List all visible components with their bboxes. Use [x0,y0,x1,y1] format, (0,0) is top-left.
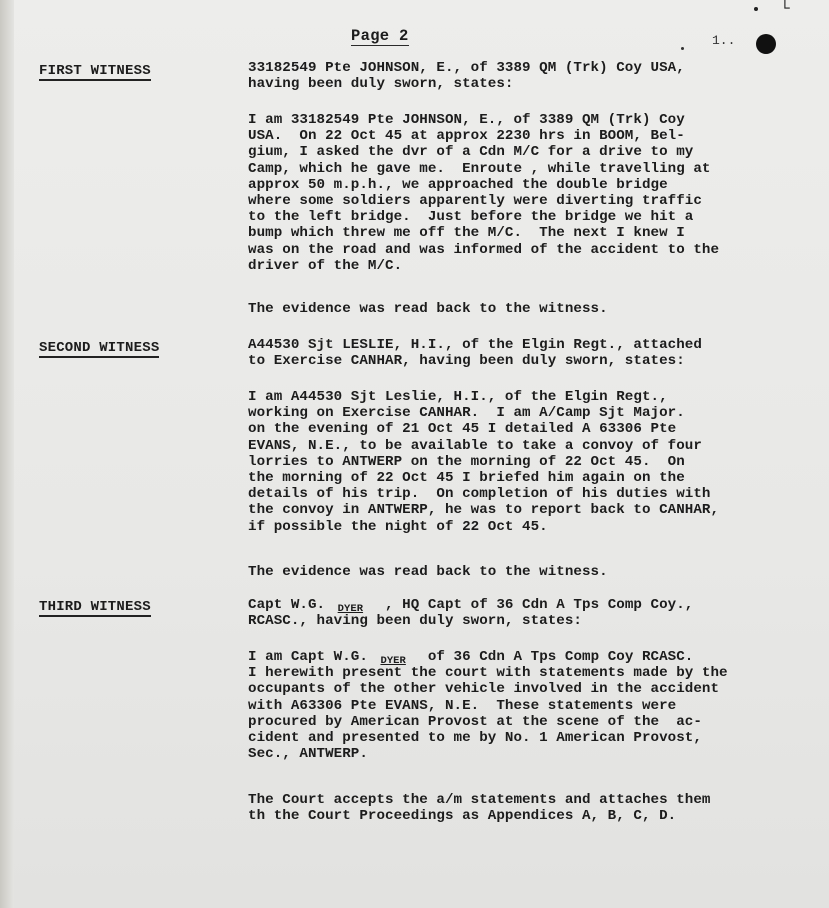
text-line: was on the road and was informed of the … [248,242,828,258]
text-line: with A63306 Pte EVANS, N.E. These statem… [248,698,828,714]
text-line: 33182549 Pte JOHNSON, E., of 3389 QM (Tr… [248,60,828,76]
first-witness-intro: 33182549 Pte JOHNSON, E., of 3389 QM (Tr… [248,60,828,92]
text-line: USA. On 22 Oct 45 at approx 2230 hrs in … [248,128,828,144]
text-line: driver of the M/C. [248,258,828,274]
text-line: the convoy in ANTWERP, he was to report … [248,502,828,518]
corner-tick-mark: └ [780,0,790,18]
text-line: if possible the night of 22 Oct 45. [248,519,828,535]
text-line: RCASC., having been duly sworn, states: [248,613,828,629]
text-line: gium, I asked the dvr of a Cdn M/C for a… [248,144,828,160]
text-line: on the evening of 21 Oct 45 I detailed A… [248,421,828,437]
text-line: I herewith present the court with statem… [248,665,828,681]
redacted-name: DYER [334,597,385,613]
page-title: Page 2 [351,27,409,46]
text-line: to Exercise CANHAR, having been duly swo… [248,353,828,369]
third-witness-label: THIRD WITNESS [39,599,151,617]
text-line: working on Exercise CANHAR. I am A/Camp … [248,405,828,421]
second-witness-label: SECOND WITNESS [39,340,159,358]
redacted-name: DYER [376,649,419,665]
text-line: bump which threw me off the M/C. The nex… [248,225,828,241]
handwritten-name: DYER [338,604,363,614]
third-witness-intro: Capt W.G. DYER, HQ Capt of 36 Cdn A Tps … [248,597,828,629]
second-witness-statement: I am A44530 Sjt Leslie, H.I., of the Elg… [248,389,828,535]
text-line: occupants of the other vehicle involved … [248,681,828,697]
first-witness-closing: The evidence was read back to the witnes… [248,301,828,317]
document-page: └ 1.. Page 2 FIRST WITNESS 33182549 Pte … [0,0,829,908]
text-line: The Court accepts the a/m statements and… [248,792,828,808]
punch-hole-dot [756,34,776,54]
text-line: I am Capt W.G. DYER of 36 Cdn A Tps Comp… [248,649,828,665]
ink-speck [754,7,758,11]
text-line: to the left bridge. Just before the brid… [248,209,828,225]
court-acceptance-note: The Court accepts the a/m statements and… [248,792,828,824]
text-line: procured by American Provost at the scen… [248,714,828,730]
ink-speck [681,47,684,50]
text-line: having been duly sworn, states: [248,76,828,92]
text-line: th the Court Proceedings as Appendices A… [248,808,828,824]
first-witness-statement: I am 33182549 Pte JOHNSON, E., of 3389 Q… [248,112,828,274]
text-line: the morning of 22 Oct 45 I briefed him a… [248,470,828,486]
text-line: where some soldiers apparently were dive… [248,193,828,209]
pen-mark: 1.. [712,33,735,48]
text-line: Capt W.G. DYER, HQ Capt of 36 Cdn A Tps … [248,597,828,613]
text-line: Camp, which he gave me. Enroute , while … [248,161,828,177]
first-witness-label: FIRST WITNESS [39,63,151,81]
text-line: A44530 Sjt LESLIE, H.I., of the Elgin Re… [248,337,828,353]
third-witness-statement: I am Capt W.G. DYER of 36 Cdn A Tps Comp… [248,649,828,762]
text-line: approx 50 m.p.h., we approached the doub… [248,177,828,193]
text-line: EVANS, N.E., to be available to take a c… [248,438,828,454]
text-line: cident and presented to me by No. 1 Amer… [248,730,828,746]
text-line: lorries to ANTWERP on the morning of 22 … [248,454,828,470]
text-line: I am 33182549 Pte JOHNSON, E., of 3389 Q… [248,112,828,128]
text-line: details of his trip. On completion of hi… [248,486,828,502]
handwritten-name: DYER [380,656,405,666]
second-witness-closing: The evidence was read back to the witnes… [248,564,828,580]
text-line: I am A44530 Sjt Leslie, H.I., of the Elg… [248,389,828,405]
text-line: Sec., ANTWERP. [248,746,828,762]
second-witness-intro: A44530 Sjt LESLIE, H.I., of the Elgin Re… [248,337,828,369]
